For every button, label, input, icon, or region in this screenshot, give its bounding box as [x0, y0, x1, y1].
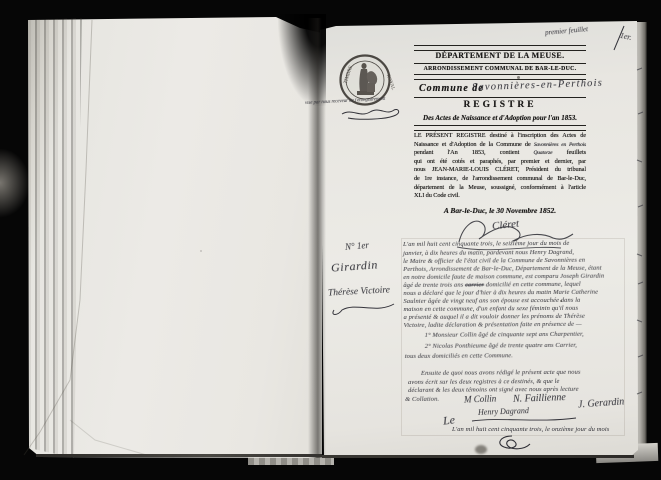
struck-word: carrier	[465, 281, 484, 288]
paragraph-line: pendant l'An 1853, contient Quatorze feu…	[414, 149, 586, 158]
witness-line: 1° Monsieur Collin âgé de cinquante sept…	[425, 331, 584, 339]
speck	[200, 250, 202, 252]
edge-ink-marks	[634, 22, 648, 459]
act-line: a présenté & auquel il a dit vouloir don…	[404, 312, 585, 320]
header-rule-5	[414, 125, 586, 131]
paragraph-line: département de la Meuse, soussigné, conf…	[414, 184, 586, 193]
paragraph-line: LE PRÉSENT REGISTRE destiné à l'inscript…	[414, 132, 586, 141]
act-number-margin-note: N° 1er	[345, 240, 370, 252]
sheet-count-handwritten: Quatorze	[533, 150, 552, 156]
act-line: Perthois, Arrondissement de Bar-le-Duc, …	[403, 264, 601, 272]
register-subtitle: Des Actes de Naissance et d'Adoption pou…	[408, 114, 592, 122]
witness-signature-collin: M Collin	[464, 393, 497, 404]
act-line: L'an mil huit cent cinquante trois, le s…	[403, 240, 569, 248]
act-line: Saulnier âgée de vingt neuf ans son épou…	[403, 296, 580, 304]
witness-line: 2° Nicolas Ponthieume âgé de trente quat…	[425, 341, 577, 349]
header-rule-4	[414, 97, 586, 98]
stamp-note-scribble	[338, 106, 404, 128]
speck	[517, 76, 520, 79]
speck	[560, 300, 562, 302]
header-rule-2	[414, 63, 586, 64]
paragraph-line: XLI du Code civil.	[414, 192, 586, 201]
next-act-opening-line: L'an mil huit cent cinquante trois, le o…	[452, 426, 609, 433]
right-page-bottom-edge	[322, 455, 634, 458]
act-line: Victoire, ladite déclaration & présentat…	[404, 320, 582, 328]
act-line: janvier, à dix heures du matin, pardevan…	[403, 248, 574, 256]
signature-underline-flourish	[470, 416, 580, 424]
arrondissement-title: ARRONDISSEMENT COMMUNAL DE BAR-LE-DUC.	[414, 66, 586, 72]
closing-line: Ensuite de quoi nous avons rédigé le pré…	[421, 369, 581, 377]
act-line: le Maire & officier de l'état civil de l…	[403, 256, 585, 264]
register-title: REGISTRE	[414, 100, 586, 110]
act-line: âgé de trente trois ans carrier domicili…	[403, 280, 580, 288]
witness-signature-faillienne: N. Faillienne	[513, 392, 566, 405]
margin-note-flourish	[328, 300, 398, 318]
witness-line: tous deux domiciliés en cette Commune.	[405, 352, 513, 360]
closing-line: & Collation.	[405, 395, 439, 402]
register-declaration-paragraph: LE PRÉSENT REGISTRE destiné à l'inscript…	[414, 132, 586, 201]
act-line: en notre domicile faute de maison commun…	[403, 272, 604, 280]
paragraph-line: nous JEAN-MARIE-LOUIS CLÉRET, Président …	[414, 166, 586, 175]
department-title: DÉPARTEMENT DE LA MEUSE.	[414, 51, 586, 60]
closing-line: avons écrit sur les deux registres à ce …	[408, 377, 560, 385]
commune-name-inline-handwritten: Savonnières en Perthois	[534, 142, 586, 148]
paragraph-line: Naissance et d'Adoption de la Commune de…	[414, 141, 586, 150]
paragraph-line: de 1re instance, de l'arrondissement com…	[414, 175, 586, 184]
paraph-flourish	[494, 434, 534, 456]
act-line: nous a déclaré que le jour d'hier à dix …	[403, 288, 598, 296]
left-page-bottom-edge	[36, 454, 322, 457]
act-line: maison en cette commune, d'un enfant du …	[403, 304, 578, 312]
scanned-register-page: premier feuillet 1er. TIMBRE ROYAL visé …	[0, 0, 661, 480]
ink-stain	[475, 445, 487, 454]
